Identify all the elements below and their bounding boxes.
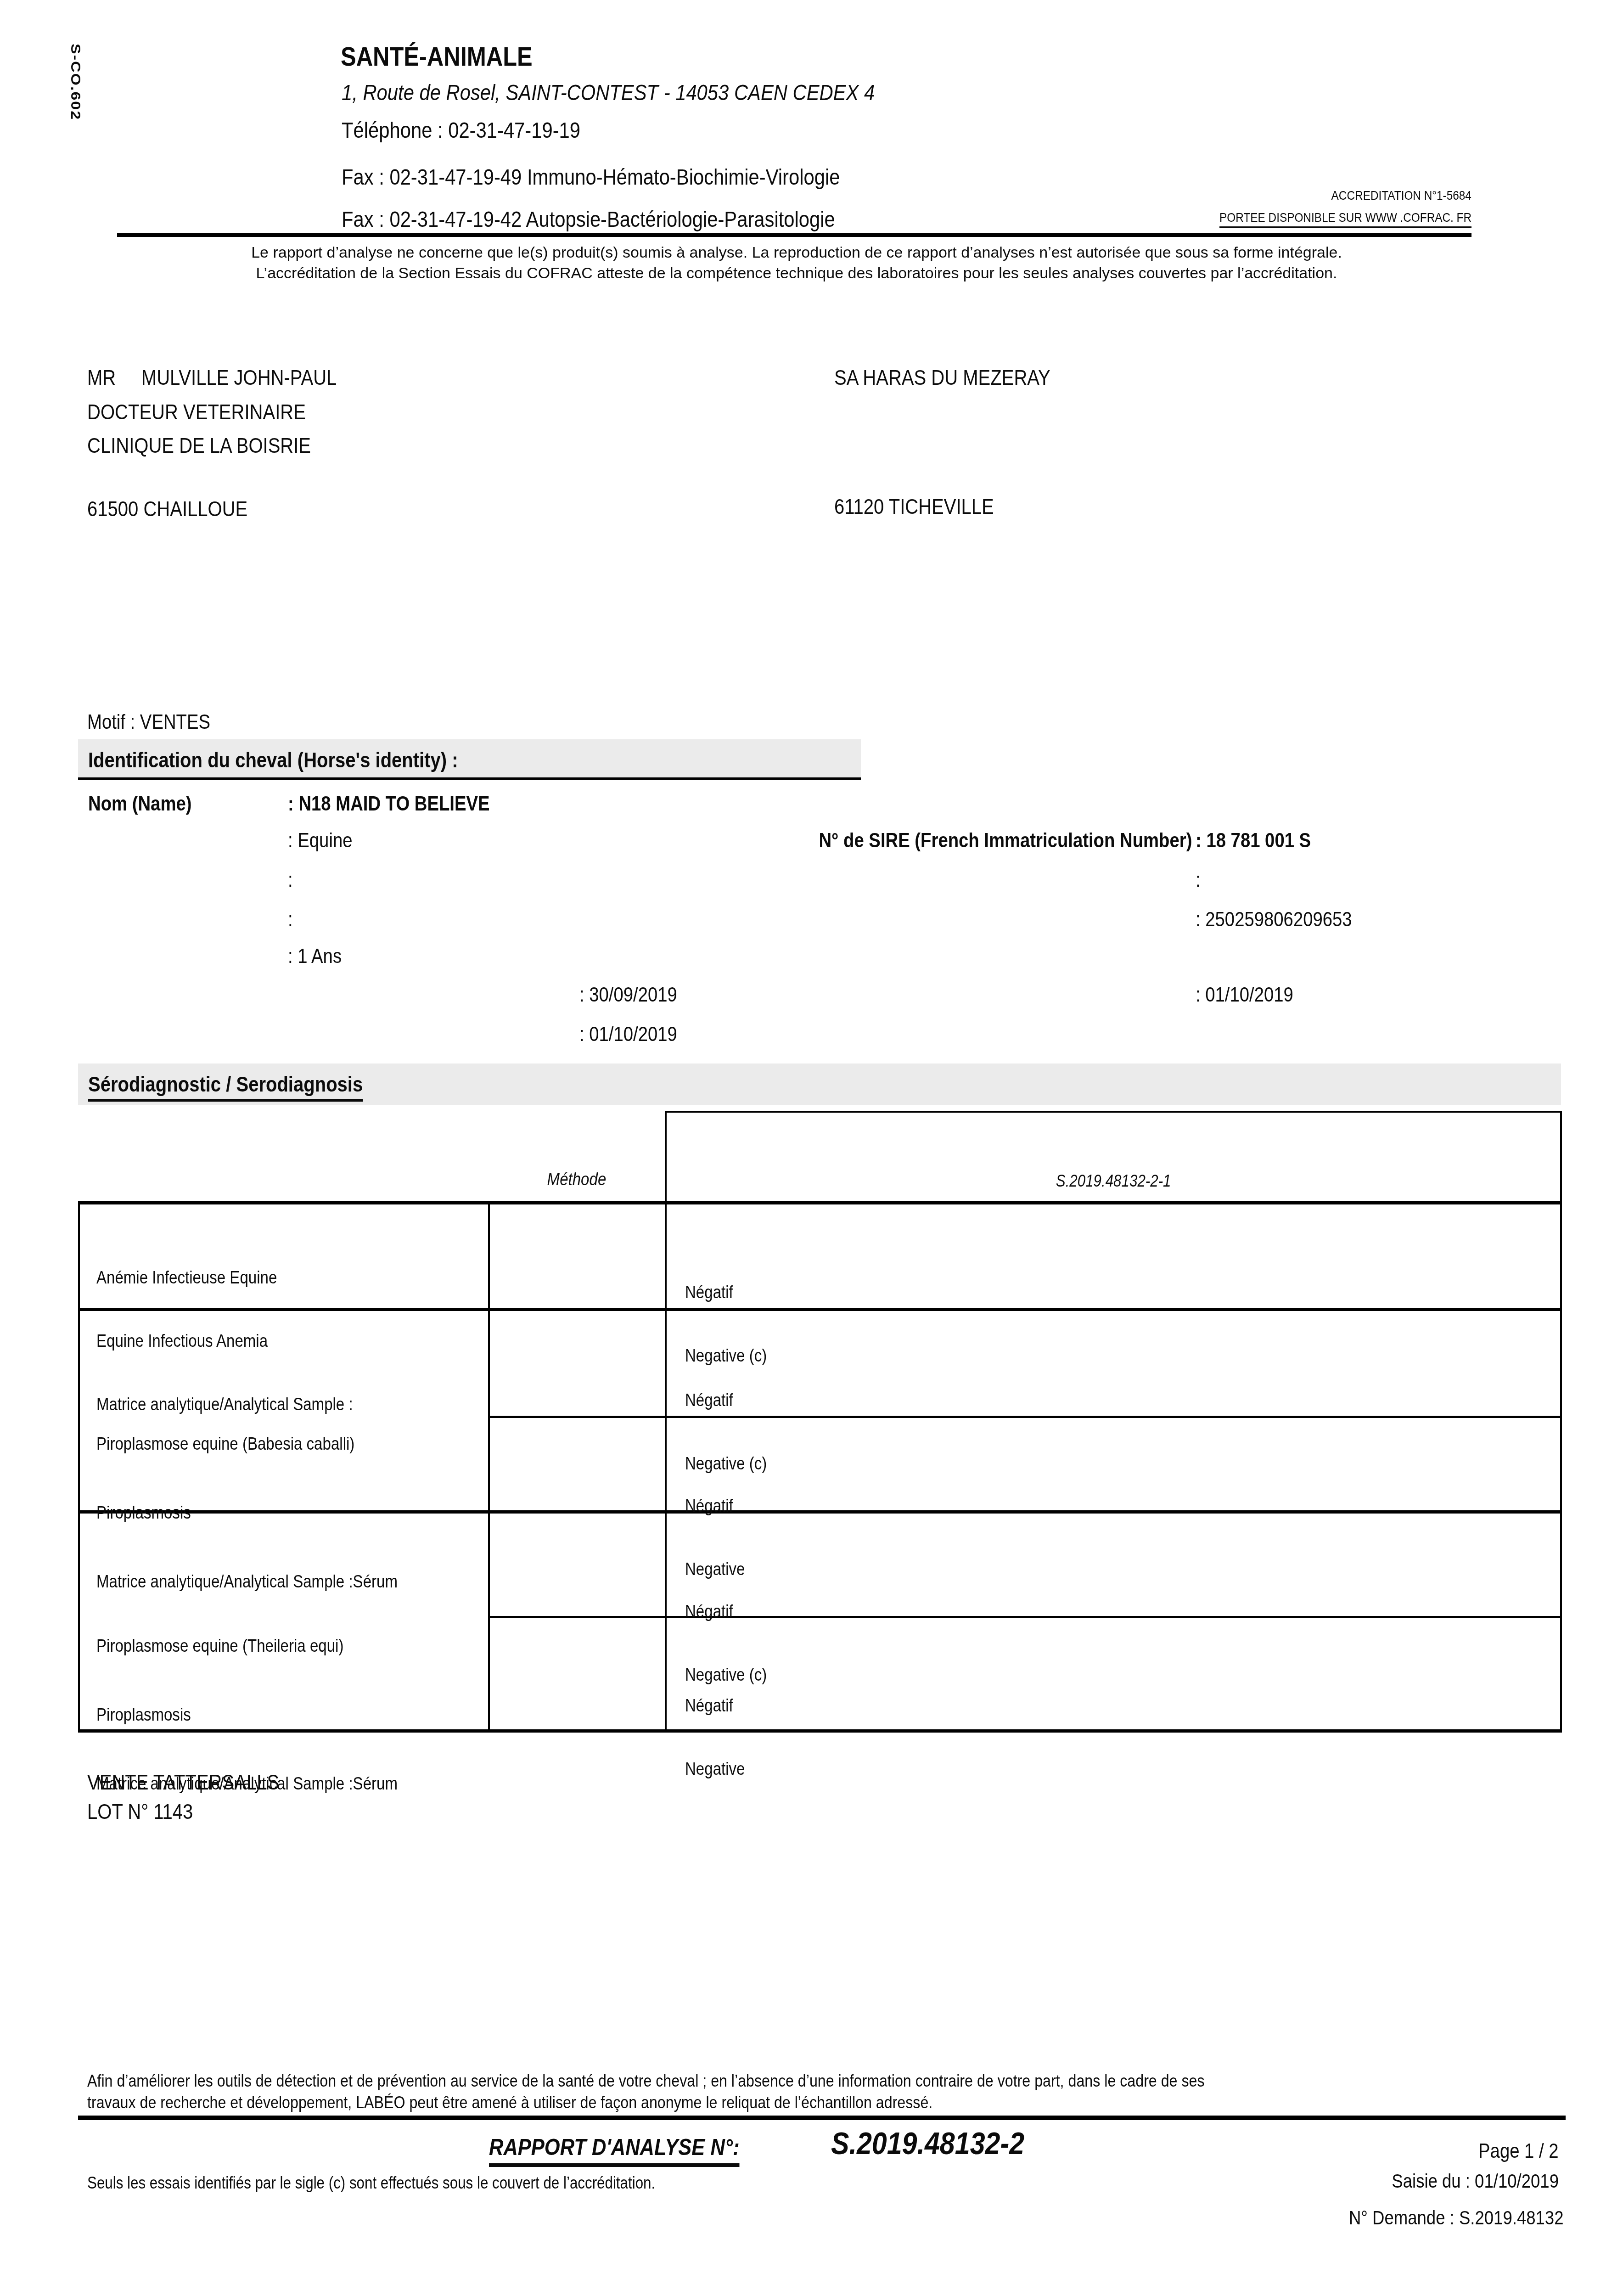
owner-city: 61120 TICHEVILLE (834, 495, 994, 519)
sale-name: VENTE TATTERSALLS (87, 1771, 279, 1795)
legal-disclaimer: Le rapport d’analyse ne concerne que le(… (117, 242, 1476, 284)
report-number-value: S.2019.48132-2 (831, 2126, 1024, 2161)
analysis-name-en: Equine Infectious Anemia (96, 1331, 353, 1352)
method-column-header: Méthode (488, 1170, 665, 1190)
header-rule (117, 233, 1471, 237)
species-value: : Equine (288, 829, 352, 852)
result-value-en: Negative (685, 1759, 745, 1780)
lab-fax-immuno: Fax : 02-31-47-19-49 Immuno-Hémato-Bioch… (342, 165, 840, 190)
sire-label: N° de SIRE (French Immatriculation Numbe… (819, 829, 1192, 852)
id-row3-colon-left: : (288, 908, 293, 931)
identification-underline (78, 777, 861, 780)
result-value-fr: Négatif (685, 1282, 767, 1303)
table-name-method-divider (488, 1201, 490, 1733)
id-row2-colon-left: : (288, 869, 293, 891)
table-method-result-divider (665, 1201, 667, 1733)
result-value-fr: Négatif (685, 1390, 767, 1411)
recipient-clinic: CLINIQUE DE LA BOISRIE (87, 434, 311, 458)
analysis-name-fr: Anémie Infectieuse Equine (96, 1267, 353, 1289)
accreditation-scope-note: Seuls les essais identifiés par le sigle… (87, 2174, 655, 2192)
row2-subdivider (488, 1416, 1562, 1418)
result-theileria-2: Négatif Negative (685, 1653, 754, 1822)
analysis-date-value: : 01/10/2019 (579, 1023, 677, 1046)
research-note-line-2: travaux de recherche et développement, L… (87, 2092, 1358, 2113)
reception-date-value: : 01/10/2019 (1196, 984, 1293, 1006)
result-value-fr: Négatif (685, 1496, 745, 1517)
lab-address: 1, Route de Rosel, SAINT-CONTEST - 14053… (342, 81, 875, 106)
lab-phone: Téléphone : 02-31-47-19-19 (342, 118, 580, 143)
horse-name-label: Nom (Name) (88, 793, 191, 815)
disclaimer-line-2: L’accréditation de la Section Essais du … (117, 263, 1476, 284)
horse-name-value: : N18 MAID TO BELIEVE (288, 793, 490, 815)
sample-ref-header: S.2019.48132-2-1 (665, 1172, 1562, 1190)
identification-title: Identification du cheval (Horse's identi… (88, 748, 458, 772)
id-row2-colon-right: : (1196, 869, 1201, 891)
sampling-date-value: : 30/09/2019 (579, 984, 677, 1006)
request-number: N° Demande : S.2019.48132 (1348, 2207, 1563, 2228)
entry-date: Saisie du : 01/10/2019 (1392, 2170, 1559, 2192)
footer-rule (78, 2116, 1566, 2120)
transponder-value: : 250259806209653 (1196, 908, 1352, 931)
analysis-name-en: Piroplasmosis (96, 1704, 398, 1727)
recipient-name: MR MULVILLE JOHN-PAUL (87, 366, 337, 390)
page-indicator: Page 1 / 2 (1478, 2140, 1559, 2162)
sample-ref-header-box (665, 1111, 1562, 1204)
sale-lot-number: LOT N° 1143 (87, 1800, 193, 1824)
report-number-label: RAPPORT D'ANALYSE N°: (489, 2134, 740, 2167)
research-note-line-1: Afin d’améliorer les outils de détection… (87, 2070, 1358, 2092)
analysis-name-fr: Piroplasmose equine (Babesia caballi) (96, 1433, 398, 1456)
sire-value: : 18 781 001 S (1196, 829, 1311, 852)
analysis-report-page: S-CO.602 SANTÉ-ANIMALE 1, Route de Rosel… (0, 0, 1623, 2296)
cofrac-link-text: PORTEE DISPONIBLE SUR WWW .COFRAC. FR (1219, 210, 1471, 228)
accreditation-number: ACCREDITATION N°1-5684 (1331, 188, 1471, 203)
method-header-text: Méthode (547, 1170, 606, 1190)
research-note: Afin d’améliorer les outils de détection… (87, 2070, 1547, 2113)
recipient-city: 61500 CHAILLOUE (87, 497, 247, 521)
recipient-title: DOCTEUR VETERINAIRE (87, 400, 306, 424)
analysis-name-fr: Piroplasmose equine (Theileria equi) (96, 1635, 398, 1658)
lab-name: SANTÉ-ANIMALE (341, 42, 533, 72)
row3-subdivider (488, 1616, 1562, 1618)
lab-fax-autopsie: Fax : 02-31-47-19-42 Autopsie-Bactériolo… (342, 208, 835, 232)
disclaimer-line-1: Le rapport d’analyse ne concerne que le(… (117, 242, 1476, 263)
age-value: : 1 Ans (288, 945, 342, 968)
table-top-border (78, 1201, 1562, 1204)
serology-title: Sérodiagnostic / Serodiagnosis (88, 1073, 363, 1102)
motif-line: Motif : VENTES (87, 711, 210, 733)
analysis-name-en: Piroplasmosis (96, 1502, 398, 1525)
owner-name: SA HARAS DU MEZERAY (834, 366, 1050, 390)
sample-ref-text: S.2019.48132-2-1 (1056, 1172, 1171, 1190)
result-value-fr: Négatif (685, 1695, 745, 1716)
table-right-border (1560, 1201, 1562, 1733)
table-left-border (78, 1201, 80, 1733)
document-code: S-CO.602 (68, 44, 83, 120)
result-value-fr: Négatif (685, 1601, 767, 1622)
